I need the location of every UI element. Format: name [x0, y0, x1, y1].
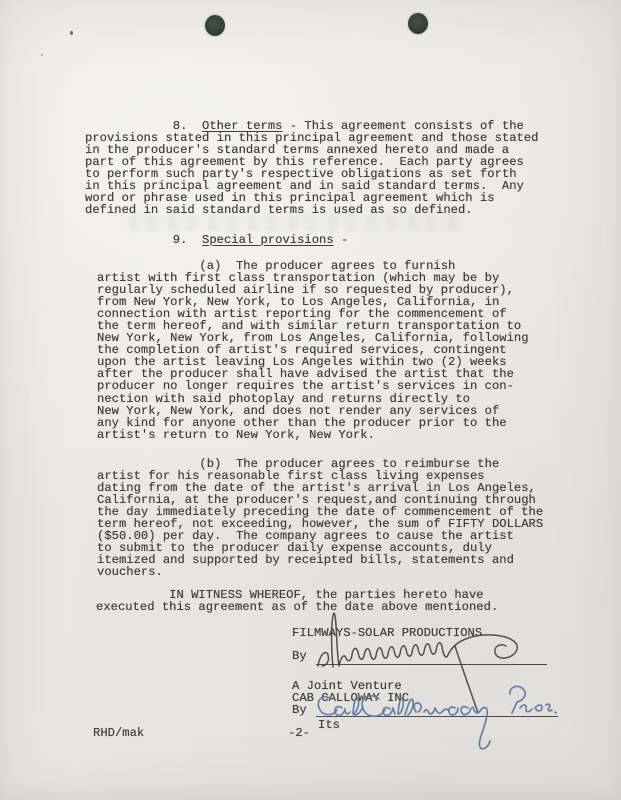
its-label: Its	[318, 719, 340, 731]
paper-speck	[41, 54, 43, 56]
punch-hole-right	[408, 13, 428, 34]
artist-by-label: By	[292, 704, 307, 716]
artist-company-name: CAB CALLOWAY INC.	[292, 692, 416, 704]
clause-8-body: - This agreement consists of the provisi…	[85, 119, 538, 217]
clause-9a-transportation: (a) The producer agrees to furnish artis…	[97, 260, 529, 441]
producer-signature-line	[316, 664, 547, 665]
clause-9-heading: 9. Special provisions -	[85, 234, 348, 246]
paper-speck	[70, 31, 73, 35]
clause-8-other-terms: 8. Other terms - This agreement consists…	[85, 120, 538, 216]
page-number: -2-	[288, 727, 310, 739]
typist-reference: RHD/mak	[93, 727, 144, 739]
punch-hole-left	[205, 15, 225, 36]
clause-9b-living-expenses: (b) The producer agrees to reimburse the…	[97, 458, 543, 578]
clause-9-title: Special provisions	[202, 233, 334, 247]
producer-company-name: FILMWAYS-SOLAR PRODUCTIONS	[292, 627, 482, 639]
producer-by-label: By	[292, 650, 307, 662]
witness-clause: IN WITNESS WHEREOF, the parties hereto h…	[96, 589, 498, 613]
scanned-contract-page: 8. Other terms - This agreement consists…	[0, 0, 621, 800]
artist-signature-line	[316, 716, 558, 717]
clause-9-number: 9.	[85, 233, 202, 247]
clause-9-dash: -	[334, 233, 349, 247]
